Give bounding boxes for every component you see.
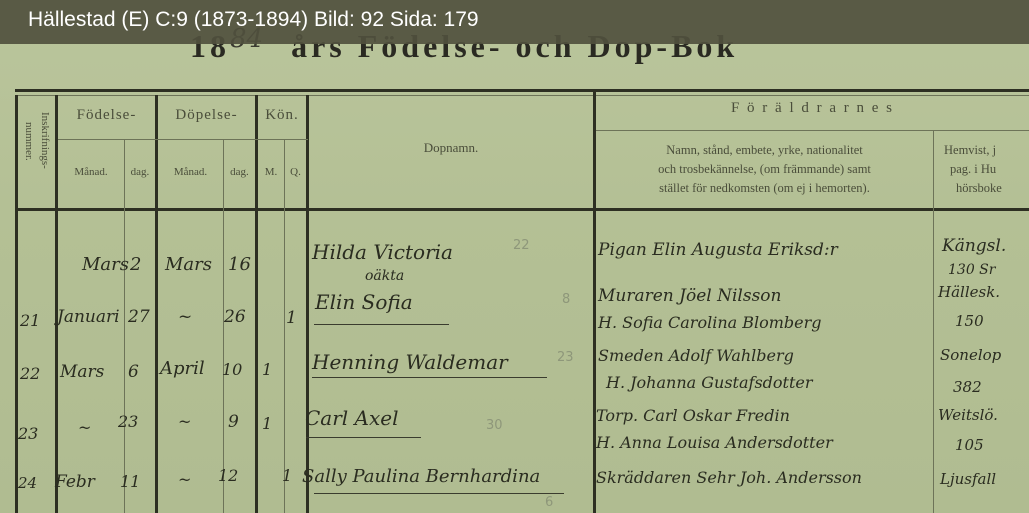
residence-number: 150 xyxy=(955,312,984,330)
header-namn-line1: Namn, stånd, embete, yrke, nationalitet xyxy=(596,141,933,160)
baptism-month: ~ xyxy=(178,307,192,327)
baptism-month: ~ xyxy=(178,470,191,489)
birth-month: Mars xyxy=(82,254,129,275)
col-line-fodelse-dag xyxy=(124,140,125,513)
birth-day: 6 xyxy=(128,362,139,382)
baptism-month: ~ xyxy=(178,412,191,431)
header-dopnamn: Dopnamn. xyxy=(309,140,593,156)
header-dopelse-dag: dag. xyxy=(224,166,255,178)
header-dopelse: Döpelse- xyxy=(158,107,255,124)
residence-line: Ljusfall xyxy=(940,470,996,488)
kon-m: 1 xyxy=(262,360,272,379)
top-rule xyxy=(15,89,1029,92)
name-underline xyxy=(314,324,449,325)
col-line-nr xyxy=(55,95,58,513)
residence-line: Weitslö. xyxy=(938,406,998,424)
header-inskrivnings-line2: nummer. xyxy=(23,122,35,161)
header-hemvist: Hemvist, j pag. i Hu hörsboke xyxy=(934,141,1029,198)
name-underline xyxy=(314,493,564,494)
header-fodelse-dag: dag. xyxy=(125,166,155,178)
kon-q: 1 xyxy=(282,466,292,485)
child-note: oäkta xyxy=(365,268,404,284)
child-name: Carl Axel xyxy=(305,406,399,430)
pencil-number: 23 xyxy=(557,350,574,365)
residence-number: 130 Sr xyxy=(948,262,995,278)
col-line-left xyxy=(15,95,18,513)
record-number: 24 xyxy=(18,474,37,492)
birth-day: 23 xyxy=(118,412,138,431)
subheader-rule-right xyxy=(596,130,1029,131)
viewer-title-bar: Hällestad (E) C:9 (1873-1894) Bild: 92 S… xyxy=(0,0,1029,44)
parent-line: Pigan Elin Augusta Eriksd:r xyxy=(598,240,838,260)
baptism-day: 26 xyxy=(224,307,246,327)
parent-line: Torp. Carl Oskar Fredin xyxy=(596,406,790,425)
pencil-number: 8 xyxy=(562,292,570,307)
child-name: Sally Paulina Bernhardina xyxy=(302,466,540,487)
header-hemvist-line2: pag. i Hu xyxy=(944,160,1029,179)
baptism-day: 10 xyxy=(222,360,242,379)
child-name: Elin Sofia xyxy=(315,290,413,314)
residence-line: Hällesk. xyxy=(938,283,1000,301)
birth-month: Mars xyxy=(60,362,104,382)
header-hemvist-line3: hörsboke xyxy=(944,179,1029,198)
residence-number: 105 xyxy=(955,436,984,454)
parent-line: Smeden Adolf Wahlberg xyxy=(598,346,794,365)
baptism-day: 12 xyxy=(218,466,238,485)
birth-month: Febr xyxy=(55,472,95,492)
child-name: Henning Waldemar xyxy=(312,350,508,374)
col-line-fodelse xyxy=(155,95,158,513)
residence-number: 382 xyxy=(953,378,982,396)
header-foraldrarnes: F ö r ä l d r a r n e s xyxy=(596,100,1029,117)
header-inskrivnings-line1: Inskrifnings- xyxy=(39,112,51,169)
kon-q: 1 xyxy=(286,308,297,328)
birth-day: 27 xyxy=(128,307,150,327)
header-nummer: nummer. xyxy=(22,122,35,202)
record-number: 23 xyxy=(18,424,38,443)
header-namn-line2: och trosbekännelse, (om främmande) samt xyxy=(596,160,933,179)
birth-month: ~ xyxy=(78,418,91,437)
baptism-month: Mars xyxy=(165,254,212,275)
col-line-kon-mq xyxy=(284,140,285,513)
col-line-kon xyxy=(306,95,309,513)
image-caption: Hällestad (E) C:9 (1873-1894) Bild: 92 S… xyxy=(28,8,479,32)
pencil-number: 30 xyxy=(486,418,503,433)
parent-line: H. Sofia Carolina Blomberg xyxy=(598,313,822,332)
header-inskrivnings: Inskrifnings- xyxy=(38,112,51,202)
col-line-dopelse xyxy=(255,95,258,513)
header-fodelse-manad: Månad. xyxy=(58,166,124,178)
residence-line: Sonelop xyxy=(940,346,1001,364)
header-fodelse: Födelse- xyxy=(58,107,155,124)
header-hemvist-line1: Hemvist, j xyxy=(944,141,1029,160)
parish-register-page: 1884års Födelse- och Dop-Bok Inskrifning… xyxy=(0,0,1029,513)
record-number: 22 xyxy=(20,364,40,383)
parent-line: Muraren Jöel Nilsson xyxy=(598,286,782,306)
subheader-rule-left xyxy=(58,139,308,140)
header-namn-stand: Namn, stånd, embete, yrke, nationalitet … xyxy=(596,141,933,198)
record-number: 21 xyxy=(20,311,40,330)
baptism-day: 9 xyxy=(228,412,239,432)
header-kon-m: M. xyxy=(258,166,284,178)
parent-line: Skräddaren Sehr Joh. Andersson xyxy=(596,468,862,487)
birth-month: Januari xyxy=(57,307,120,327)
kon-m: 1 xyxy=(262,414,272,433)
name-underline xyxy=(306,437,421,438)
header-kon-q: Q. xyxy=(285,166,306,178)
parent-line: H. Anna Louisa Andersdotter xyxy=(596,433,833,452)
birth-day: 11 xyxy=(120,472,140,491)
child-name: Hilda Victoria xyxy=(312,240,453,264)
pencil-number: 6 xyxy=(545,495,553,510)
name-underline xyxy=(312,377,547,378)
birth-day: 2 xyxy=(130,254,141,275)
header-kon: Kön. xyxy=(258,107,306,124)
header-dopelse-manad: Månad. xyxy=(158,166,223,178)
baptism-day: 16 xyxy=(228,254,251,275)
parent-line: H. Johanna Gustafsdotter xyxy=(606,373,813,392)
baptism-month: April xyxy=(160,358,205,379)
residence-line: Kängsl. xyxy=(942,236,1006,256)
header-namn-line3: stället för nedkomsten (om ej i hemorten… xyxy=(596,179,933,198)
top-rule-thin xyxy=(15,95,1029,96)
header-bottom-rule xyxy=(15,208,1029,211)
pencil-number: 22 xyxy=(513,238,530,253)
